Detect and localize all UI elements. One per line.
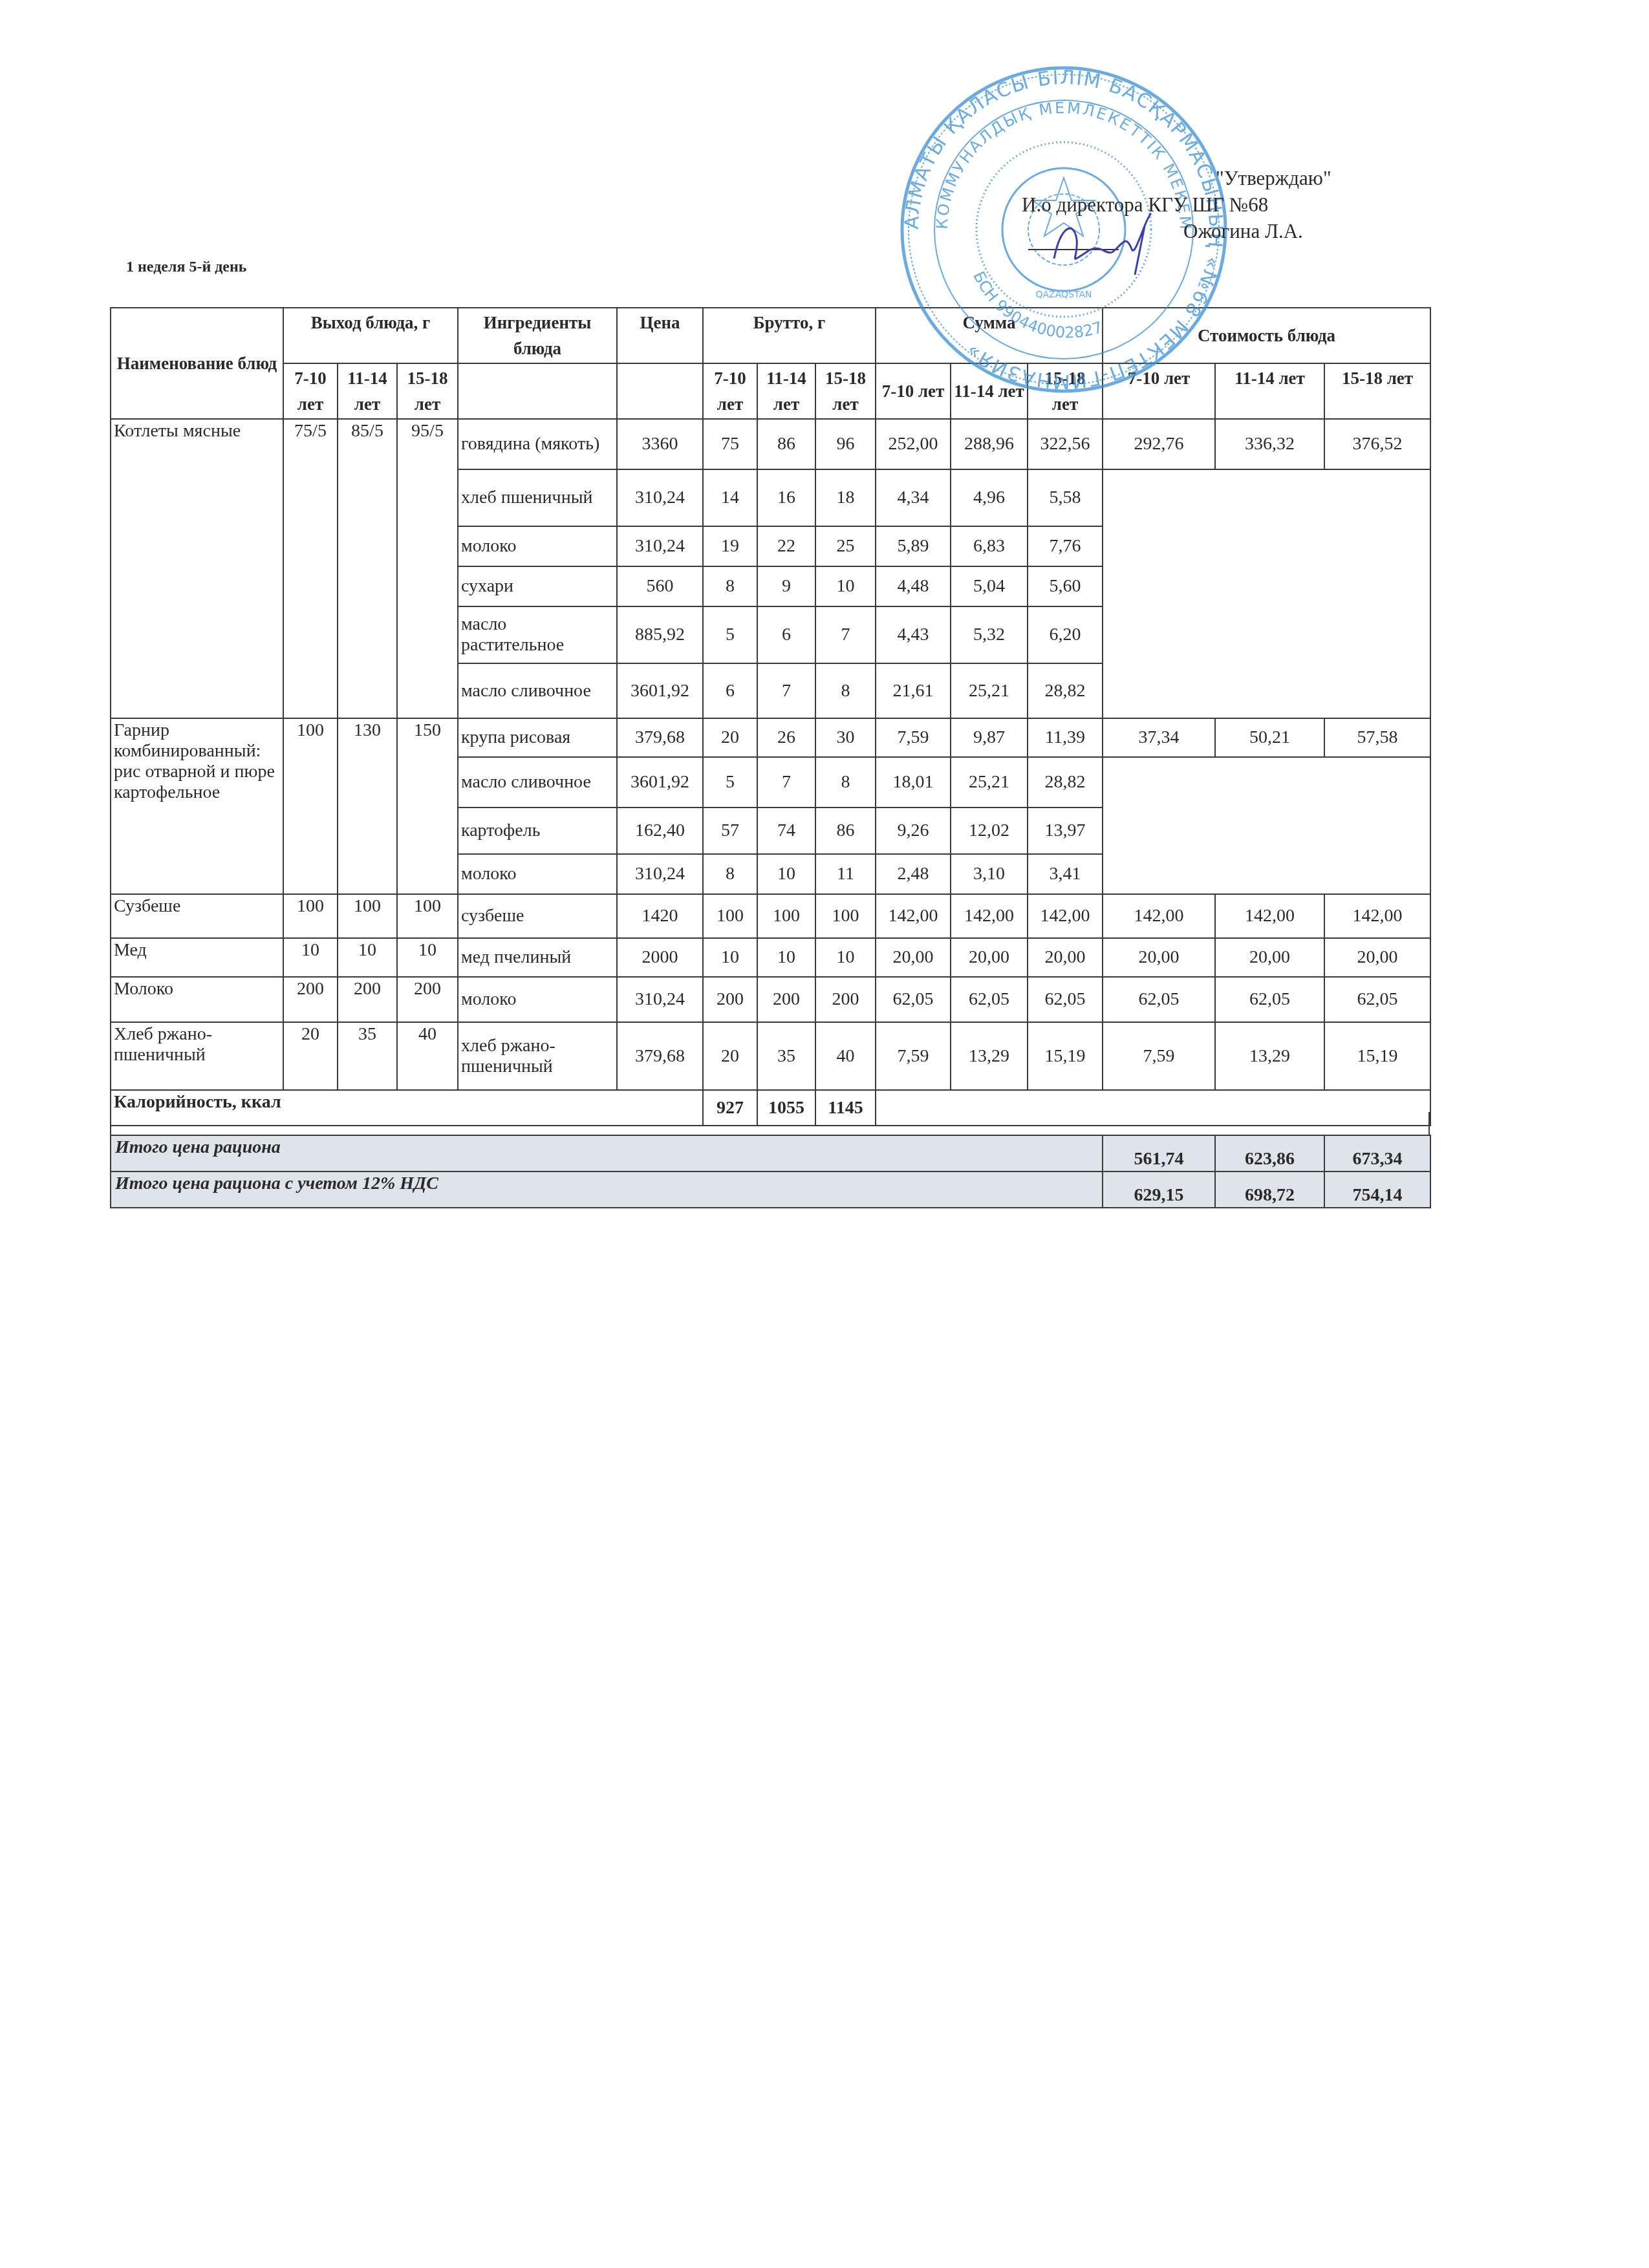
ingredient-sum-age-2: 12,02 [951, 808, 1028, 854]
ingredient-sum-age-3: 62,05 [1028, 977, 1103, 1022]
ingredient-brutto-age-3: 30 [815, 718, 876, 757]
ingredient-name: сузбеше [458, 894, 617, 938]
ingredient-sum-age-2: 5,32 [951, 606, 1028, 663]
header-brutto-age-1: 7-10 лет [703, 363, 757, 419]
dish-cost-age-2: 142,00 [1215, 894, 1324, 938]
approval-heading: "Утверждаю" [1216, 165, 1371, 191]
dish-cost-age-3: 376,52 [1324, 419, 1430, 469]
ingredient-brutto-age-2: 86 [757, 419, 815, 469]
dish-name: Молоко [111, 977, 283, 1022]
header-price: Цена [617, 308, 703, 363]
dish-yield-age-2: 200 [338, 977, 397, 1022]
ingredient-sum-age-2: 25,21 [951, 757, 1028, 808]
total-label: Итого цена рациона [111, 1135, 1103, 1171]
ingredient-sum-age-2: 20,00 [951, 938, 1028, 977]
ingredient-sum-age-1: 7,59 [876, 718, 951, 757]
ingredient-brutto-age-1: 14 [703, 469, 757, 526]
table-row: Хлеб ржано-пшеничный203540хлеб ржано-пше… [111, 1022, 1430, 1090]
table-row: Молоко200200200молоко310,2420020020062,0… [111, 977, 1430, 1022]
stamp-bin: БСН 990440002827 [969, 268, 1105, 341]
header-ingredients: Ингредиенты блюда [458, 308, 617, 363]
table-row: Сузбеше100100100сузбеше1420100100100142,… [111, 894, 1430, 938]
ingredient-brutto-age-2: 74 [757, 808, 815, 854]
ingredient-brutto-age-2: 35 [757, 1022, 815, 1090]
dish-yield-age-1: 75/5 [283, 419, 338, 718]
ingredient-brutto-age-1: 20 [703, 1022, 757, 1090]
header-price-blank [617, 363, 703, 419]
ingredient-brutto-age-1: 200 [703, 977, 757, 1022]
dish-yield-age-1: 200 [283, 977, 338, 1022]
ingredient-brutto-age-2: 22 [757, 526, 815, 566]
dish-yield-age-3: 100 [397, 894, 458, 938]
header-brutto: Брутто, г [703, 308, 876, 363]
ingredient-price: 310,24 [617, 977, 703, 1022]
ingredient-brutto-age-3: 10 [815, 566, 876, 606]
ingredient-brutto-age-3: 8 [815, 757, 876, 808]
ingredient-price: 310,24 [617, 854, 703, 894]
dish-cost-age-2: 13,29 [1215, 1022, 1324, 1090]
ingredient-name: масло сливочное [458, 663, 617, 718]
menu-body: Котлеты мясные75/585/595/5говядина (мяко… [111, 419, 1430, 1090]
dish-name: Хлеб ржано-пшеничный [111, 1022, 283, 1090]
ingredient-sum-age-1: 21,61 [876, 663, 951, 718]
ingredient-brutto-age-3: 8 [815, 663, 876, 718]
ingredient-sum-age-2: 288,96 [951, 419, 1028, 469]
calories-value-2: 1055 [757, 1090, 815, 1126]
ingredient-sum-age-3: 5,58 [1028, 469, 1103, 526]
ingredient-price: 3360 [617, 419, 703, 469]
stamp-center-text: QAZAQSTAN [1036, 290, 1092, 300]
calories-label: Калорийность, ккал [111, 1090, 703, 1126]
ingredient-sum-age-2: 5,04 [951, 566, 1028, 606]
ingredient-brutto-age-3: 86 [815, 808, 876, 854]
header-yield: Выход блюда, г [283, 308, 458, 363]
total-value-1: 561,74 [1103, 1135, 1215, 1171]
total-vat-row: Итого цена рациона с учетом 12% НДС 629,… [111, 1171, 1430, 1208]
dish-cost-blank [1103, 469, 1430, 718]
ingredient-name: картофель [458, 808, 617, 854]
dish-cost-age-3: 62,05 [1324, 977, 1430, 1022]
ingredient-sum-age-1: 142,00 [876, 894, 951, 938]
ingredient-sum-age-3: 142,00 [1028, 894, 1103, 938]
ingredient-brutto-age-2: 6 [757, 606, 815, 663]
dish-cost-age-3: 20,00 [1324, 938, 1430, 977]
ingredient-sum-age-2: 6,83 [951, 526, 1028, 566]
total-vat-value-2: 698,72 [1215, 1171, 1324, 1208]
ingredient-sum-age-2: 9,87 [951, 718, 1028, 757]
ingredient-brutto-age-2: 26 [757, 718, 815, 757]
ingredient-sum-age-3: 11,39 [1028, 718, 1103, 757]
ingredient-brutto-age-2: 9 [757, 566, 815, 606]
ingredient-brutto-age-2: 7 [757, 757, 815, 808]
ingredient-brutto-age-3: 40 [815, 1022, 876, 1090]
ingredient-price: 560 [617, 566, 703, 606]
ingredient-name: масло растительное [458, 606, 617, 663]
ingredient-name: крупа рисовая [458, 718, 617, 757]
dish-yield-age-2: 100 [338, 894, 397, 938]
header-yield-age-3: 15-18 лет [397, 363, 458, 419]
ingredient-price: 379,68 [617, 718, 703, 757]
ingredient-name: молоко [458, 526, 617, 566]
ingredient-sum-age-2: 3,10 [951, 854, 1028, 894]
ingredient-brutto-age-1: 75 [703, 419, 757, 469]
ingredient-brutto-age-2: 100 [757, 894, 815, 938]
ingredient-sum-age-1: 252,00 [876, 419, 951, 469]
ingredient-name: хлеб ржано-пшеничный [458, 1022, 617, 1090]
ingredient-brutto-age-3: 200 [815, 977, 876, 1022]
ingredient-brutto-age-2: 10 [757, 854, 815, 894]
dish-yield-age-1: 20 [283, 1022, 338, 1090]
calories-value-1: 927 [703, 1090, 757, 1126]
ingredient-sum-age-3: 3,41 [1028, 854, 1103, 894]
dish-yield-age-3: 40 [397, 1022, 458, 1090]
dish-yield-age-1: 100 [283, 718, 338, 894]
dish-name: Мед [111, 938, 283, 977]
ingredient-brutto-age-1: 19 [703, 526, 757, 566]
dish-yield-age-3: 200 [397, 977, 458, 1022]
total-value-2: 623,86 [1215, 1135, 1324, 1171]
dish-cost-age-1: 20,00 [1103, 938, 1215, 977]
ingredient-sum-age-3: 28,82 [1028, 663, 1103, 718]
ingredient-name: хлеб пшеничный [458, 469, 617, 526]
ingredient-name: молоко [458, 854, 617, 894]
ingredient-sum-age-3: 15,19 [1028, 1022, 1103, 1090]
dish-yield-age-2: 35 [338, 1022, 397, 1090]
menu-table: Наименование блюд Выход блюда, г Ингреди… [110, 307, 1431, 1126]
dish-yield-age-3: 10 [397, 938, 458, 977]
dish-yield-age-2: 85/5 [338, 419, 397, 718]
dish-cost-age-3: 15,19 [1324, 1022, 1430, 1090]
ingredient-brutto-age-1: 8 [703, 854, 757, 894]
ingredient-brutto-age-3: 96 [815, 419, 876, 469]
dish-cost-blank [1103, 757, 1430, 894]
ingredient-sum-age-1: 18,01 [876, 757, 951, 808]
ingredient-price: 1420 [617, 894, 703, 938]
ingredient-sum-age-3: 20,00 [1028, 938, 1103, 977]
ingredient-brutto-age-1: 8 [703, 566, 757, 606]
ingredient-sum-age-3: 28,82 [1028, 757, 1103, 808]
ingredient-name: молоко [458, 977, 617, 1022]
ingredient-sum-age-3: 6,20 [1028, 606, 1103, 663]
ingredient-brutto-age-1: 20 [703, 718, 757, 757]
ingredient-sum-age-1: 4,43 [876, 606, 951, 663]
total-value-3: 673,34 [1324, 1135, 1430, 1171]
ingredient-sum-age-1: 2,48 [876, 854, 951, 894]
dish-yield-age-3: 95/5 [397, 419, 458, 718]
calories-blank [876, 1090, 1430, 1126]
ingredient-sum-age-3: 7,76 [1028, 526, 1103, 566]
ingredient-sum-age-1: 4,48 [876, 566, 951, 606]
ingredient-sum-age-1: 62,05 [876, 977, 951, 1022]
dish-name: Гарнир комбинированный: рис отварной и п… [111, 718, 283, 894]
ingredient-brutto-age-1: 5 [703, 606, 757, 663]
ingredient-price: 310,24 [617, 469, 703, 526]
totals-table: Итого цена рациона 561,74 623,86 673,34 … [110, 1135, 1431, 1208]
dish-yield-age-3: 150 [397, 718, 458, 894]
ingredient-name: сухари [458, 566, 617, 606]
ingredient-brutto-age-2: 7 [757, 663, 815, 718]
ingredient-brutto-age-2: 16 [757, 469, 815, 526]
dish-cost-age-3: 142,00 [1324, 894, 1430, 938]
ingredient-name: говядина (мякоть) [458, 419, 617, 469]
ingredient-price: 162,40 [617, 808, 703, 854]
ingredient-brutto-age-1: 100 [703, 894, 757, 938]
ingredient-sum-age-1: 4,34 [876, 469, 951, 526]
dish-cost-age-1: 142,00 [1103, 894, 1215, 938]
calories-value-3: 1145 [815, 1090, 876, 1126]
dish-yield-age-2: 10 [338, 938, 397, 977]
ingredient-brutto-age-3: 25 [815, 526, 876, 566]
ingredient-sum-age-3: 322,56 [1028, 419, 1103, 469]
dish-cost-age-2: 50,21 [1215, 718, 1324, 757]
ingredient-price: 3601,92 [617, 757, 703, 808]
ingredient-brutto-age-3: 10 [815, 938, 876, 977]
dish-cost-age-2: 62,05 [1215, 977, 1324, 1022]
header-ingredients-blank [458, 363, 617, 419]
ingredient-brutto-age-2: 10 [757, 938, 815, 977]
header-yield-age-2: 11-14 лет [338, 363, 397, 419]
ingredient-brutto-age-2: 200 [757, 977, 815, 1022]
header-brutto-age-2: 11-14 лет [757, 363, 815, 419]
ingredient-price: 2000 [617, 938, 703, 977]
ingredient-brutto-age-3: 7 [815, 606, 876, 663]
total-vat-value-3: 754,14 [1324, 1171, 1430, 1208]
table-row: Мед101010мед пчелиный200010101020,0020,0… [111, 938, 1430, 977]
table-row: Котлеты мясные75/585/595/5говядина (мяко… [111, 419, 1430, 469]
dish-yield-age-1: 100 [283, 894, 338, 938]
ingredient-brutto-age-1: 6 [703, 663, 757, 718]
ingredient-brutto-age-3: 11 [815, 854, 876, 894]
dish-cost-age-2: 336,32 [1215, 419, 1324, 469]
dish-name: Котлеты мясные [111, 419, 283, 718]
ingredient-brutto-age-1: 57 [703, 808, 757, 854]
ingredient-sum-age-1: 9,26 [876, 808, 951, 854]
ingredient-sum-age-2: 25,21 [951, 663, 1028, 718]
dish-name: Сузбеше [111, 894, 283, 938]
total-vat-value-1: 629,15 [1103, 1171, 1215, 1208]
header-yield-age-1: 7-10 лет [283, 363, 338, 419]
ingredient-brutto-age-3: 100 [815, 894, 876, 938]
header-brutto-age-3: 15-18 лет [815, 363, 876, 419]
ingredient-sum-age-1: 7,59 [876, 1022, 951, 1090]
dish-yield-age-1: 10 [283, 938, 338, 977]
header-cost-age-3: 15-18 лет [1324, 363, 1430, 419]
signature-icon [1048, 207, 1158, 278]
dish-cost-age-1: 37,34 [1103, 718, 1215, 757]
ingredient-price: 885,92 [617, 606, 703, 663]
approval-signatory: Ожогина Л.А. [1183, 218, 1371, 244]
calories-row: Калорийность, ккал 927 1055 1145 [111, 1090, 1430, 1126]
table-row: Гарнир комбинированный: рис отварной и п… [111, 718, 1430, 757]
ingredient-sum-age-3: 5,60 [1028, 566, 1103, 606]
ingredient-price: 379,68 [617, 1022, 703, 1090]
dish-cost-age-3: 57,58 [1324, 718, 1430, 757]
dish-yield-age-2: 130 [338, 718, 397, 894]
ingredient-sum-age-1: 20,00 [876, 938, 951, 977]
dish-cost-age-1: 292,76 [1103, 419, 1215, 469]
ingredient-name: масло сливочное [458, 757, 617, 808]
dish-cost-age-1: 62,05 [1103, 977, 1215, 1022]
total-row: Итого цена рациона 561,74 623,86 673,34 [111, 1135, 1430, 1171]
ingredient-brutto-age-1: 5 [703, 757, 757, 808]
ingredient-sum-age-1: 5,89 [876, 526, 951, 566]
ingredient-brutto-age-1: 10 [703, 938, 757, 977]
ingredient-price: 310,24 [617, 526, 703, 566]
dish-cost-age-2: 20,00 [1215, 938, 1324, 977]
day-title: 1 неделя 5-й день [126, 259, 247, 276]
ingredient-price: 3601,92 [617, 663, 703, 718]
ingredient-sum-age-2: 13,29 [951, 1022, 1028, 1090]
header-dish-name: Наименование блюд [111, 308, 283, 419]
ingredient-sum-age-3: 13,97 [1028, 808, 1103, 854]
dish-cost-age-1: 7,59 [1103, 1022, 1215, 1090]
ingredient-name: мед пчелиный [458, 938, 617, 977]
total-vat-label: Итого цена рациона с учетом 12% НДС [111, 1171, 1103, 1208]
ingredient-sum-age-2: 142,00 [951, 894, 1028, 938]
svg-text:БСН 990440002827: БСН 990440002827 [969, 268, 1105, 341]
ingredient-sum-age-2: 4,96 [951, 469, 1028, 526]
ingredient-sum-age-2: 62,05 [951, 977, 1028, 1022]
ingredient-brutto-age-3: 18 [815, 469, 876, 526]
